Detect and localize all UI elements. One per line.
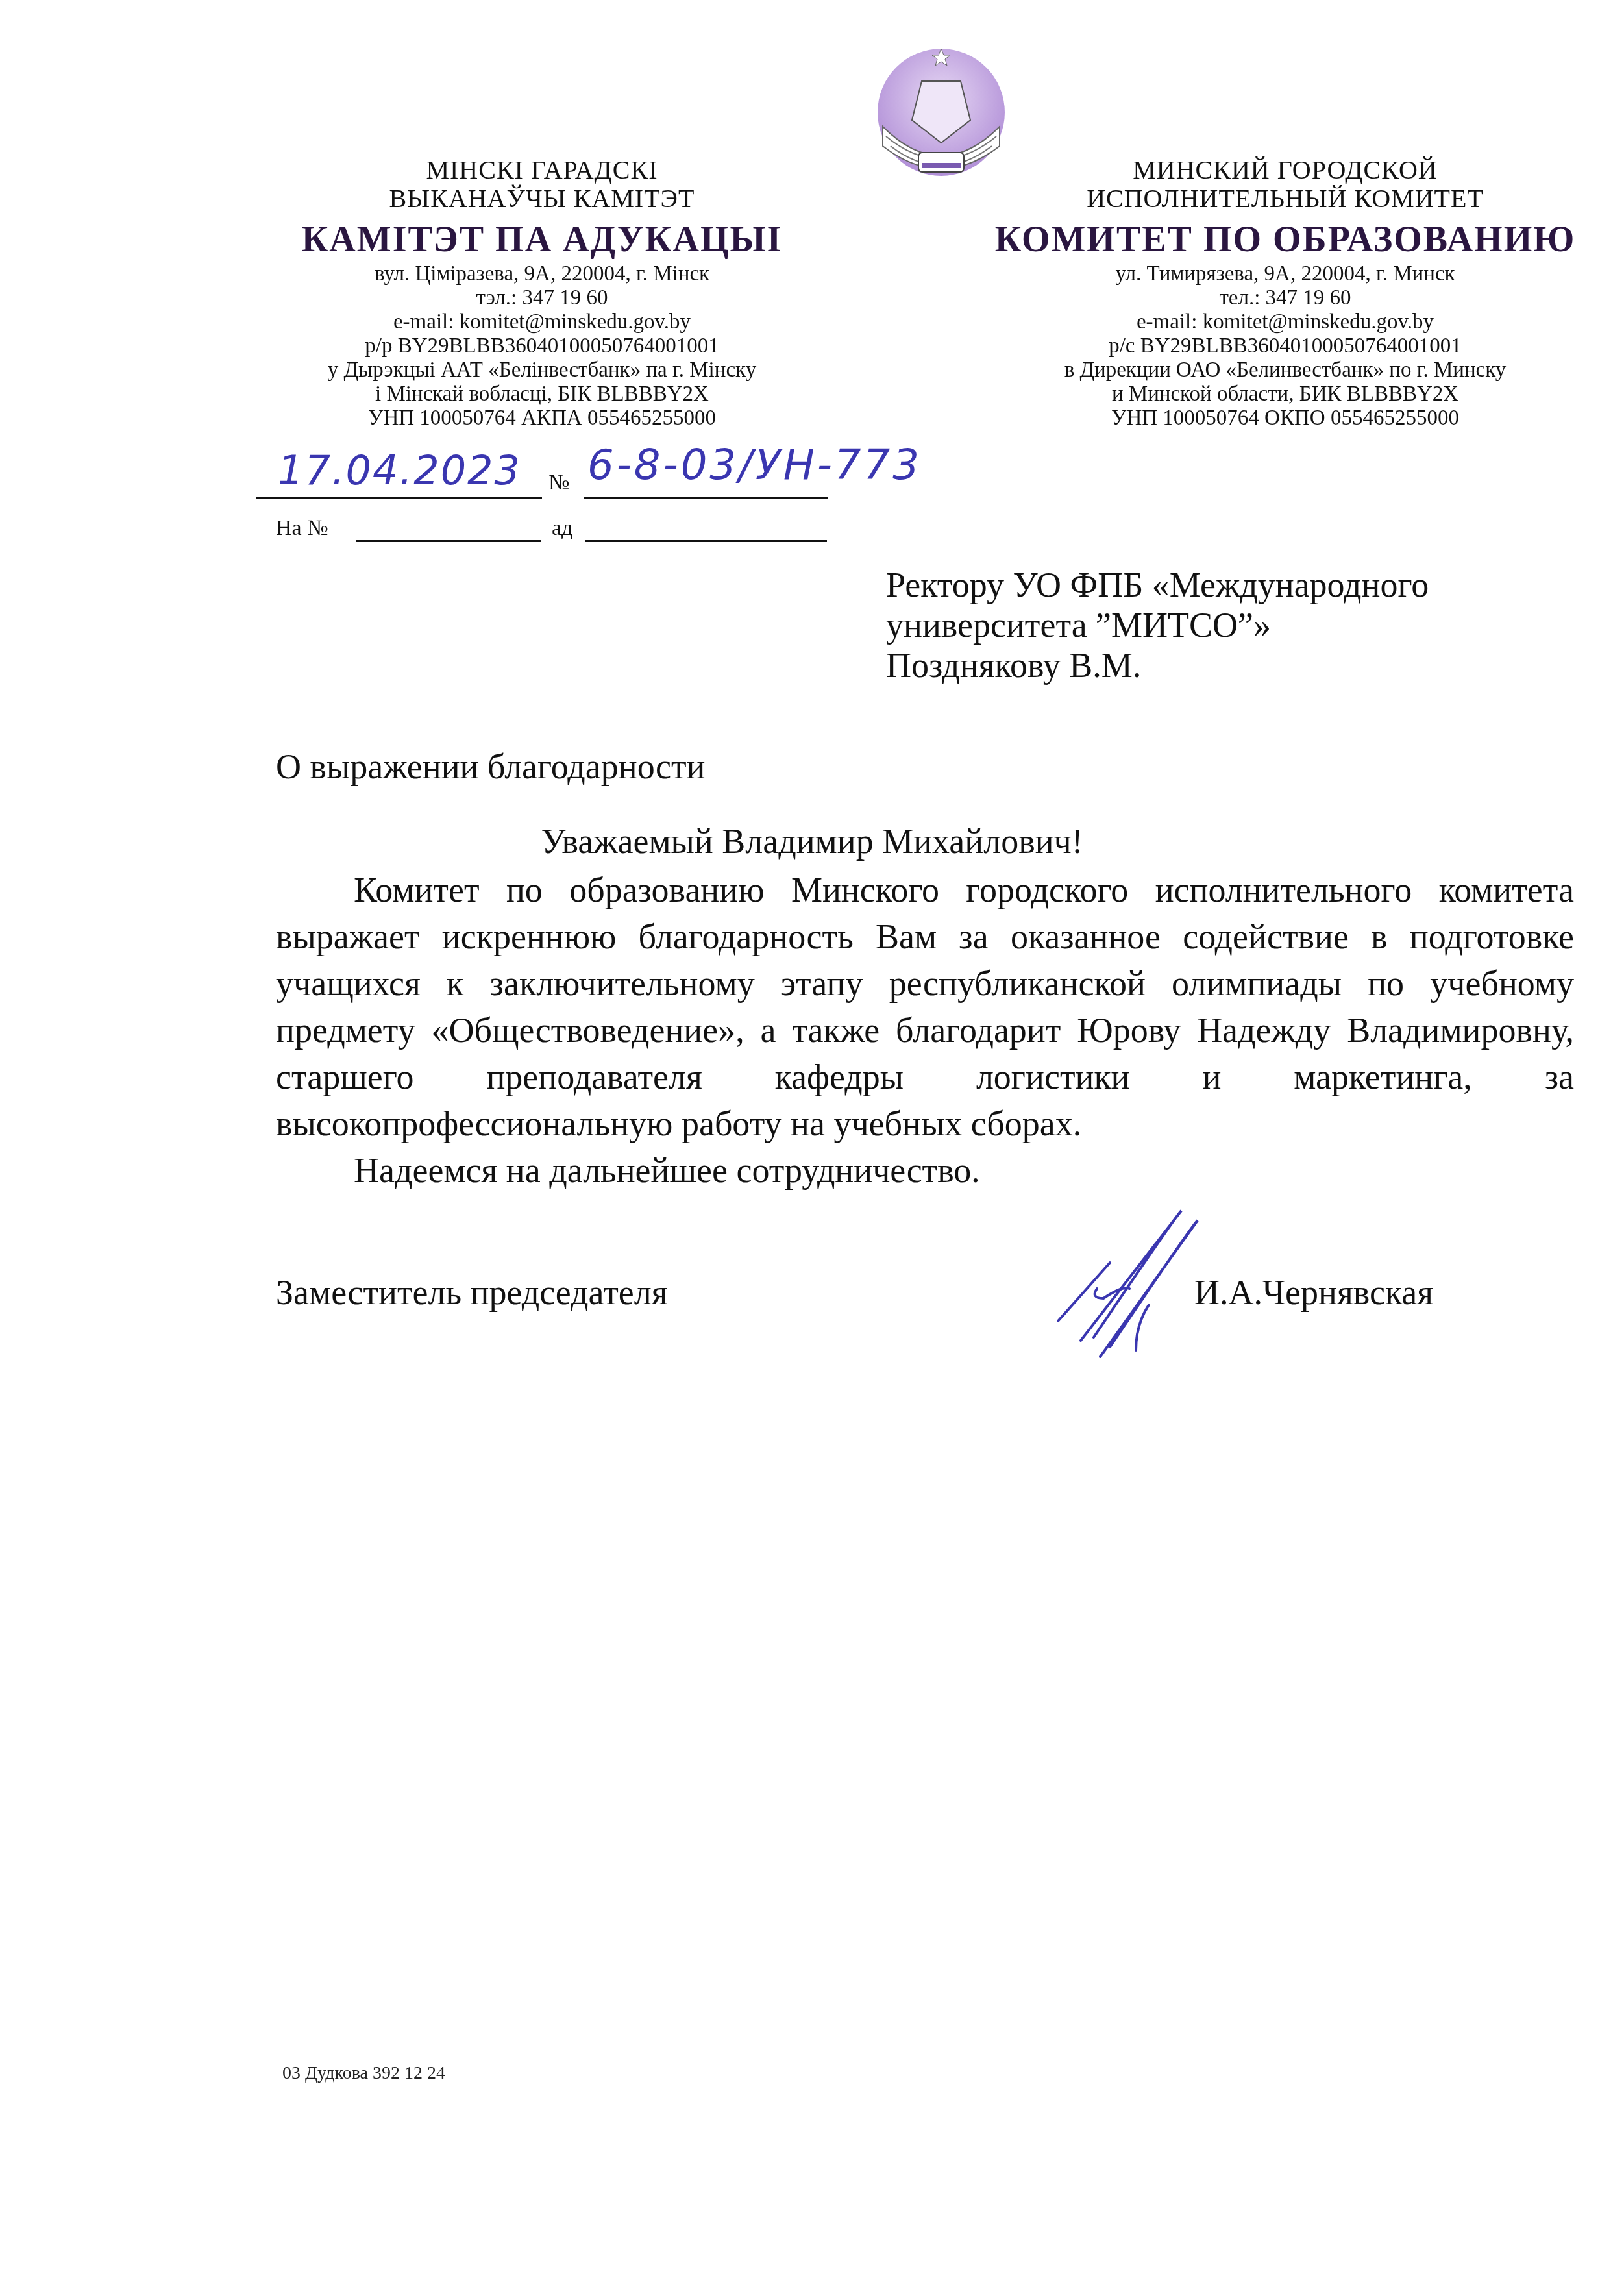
outgoing-number: 6-8-03/УН-773 xyxy=(587,441,922,489)
org-title: КАМІТЭТ ПА АДУКАЦЫІ xyxy=(256,217,828,262)
executor-footer: 03 Дудкова 392 12 24 xyxy=(282,2063,445,2084)
body-paragraph-1: Комитет по образованию Минского городско… xyxy=(276,867,1574,1147)
letterhead-russian: МИНСКИЙ ГОРОДСКОЙ ИСПОЛНИТЕЛЬНЫЙ КОМИТЕТ… xyxy=(987,156,1584,430)
org-email: e-mail: komitet@minskedu.gov.by xyxy=(256,310,828,334)
number-label: № xyxy=(548,471,569,495)
outgoing-date: 17.04.2023 xyxy=(278,447,521,494)
recipient-line-1: Ректору УО ФПБ «Международного xyxy=(886,565,1429,605)
org-address: вул. Ціміразева, 9А, 220004, г. Мінск xyxy=(256,262,828,286)
number-underline xyxy=(584,497,828,499)
org-ids: УНП 100050764 АКПА 055465255000 xyxy=(256,406,828,430)
letter-body: Комитет по образованию Минского городско… xyxy=(276,867,1574,1194)
org-bank-line-2: и Минской области, БИК BLBBBY2X xyxy=(987,382,1584,406)
letter-subject: О выражении благодарности xyxy=(276,747,705,787)
body-paragraph-2: Надеемся на дальнейшее сотрудничество. xyxy=(276,1147,1574,1194)
signer-position: Заместитель председателя xyxy=(276,1272,668,1313)
org-address: ул. Тимирязева, 9А, 220004, г. Минск xyxy=(987,262,1584,286)
org-bank-line-2: і Мінскай вобласці, БІК BLBBBY2X xyxy=(256,382,828,406)
org-ids: УНП 100050764 ОКПО 055465255000 xyxy=(987,406,1584,430)
org-line-1: МИНСКИЙ ГОРОДСКОЙ xyxy=(987,156,1584,184)
date-underline xyxy=(256,497,542,499)
org-account: р/р BY29BLBB36040100050764001001 xyxy=(256,334,828,358)
org-email: e-mail: komitet@minskedu.gov.by xyxy=(987,310,1584,334)
org-account: р/с BY29BLBB36040100050764001001 xyxy=(987,334,1584,358)
org-phone: тел.: 347 19 60 xyxy=(987,286,1584,310)
reply-number-label: На № xyxy=(276,516,328,541)
reply-date-field xyxy=(585,540,827,542)
reply-date-label: ад xyxy=(552,516,572,541)
org-line-2: ИСПОЛНИТЕЛЬНЫЙ КОМИТЕТ xyxy=(987,184,1584,213)
org-phone: тэл.: 347 19 60 xyxy=(256,286,828,310)
org-bank-line-1: у Дырэкцыі ААТ «Белінвестбанк» па г. Мін… xyxy=(256,358,828,382)
reply-number-field xyxy=(356,540,541,542)
signer-name: И.А.Чернявская xyxy=(1194,1272,1433,1313)
recipient-block: Ректору УО ФПБ «Международного университ… xyxy=(886,565,1429,686)
letterhead-belarusian: МІНСКІ ГАРАДСКІ ВЫКАНАЎЧЫ КАМІТЭТ КАМІТЭ… xyxy=(256,156,828,430)
letter-greeting: Уважаемый Владимир Михайлович! xyxy=(0,821,1624,861)
recipient-line-3: Позднякову В.М. xyxy=(886,645,1429,686)
org-line-1: МІНСКІ ГАРАДСКІ xyxy=(256,156,828,184)
org-bank-line-1: в Дирекции ОАО «Белинвестбанк» по г. Мин… xyxy=(987,358,1584,382)
org-line-2: ВЫКАНАЎЧЫ КАМІТЭТ xyxy=(256,184,828,213)
recipient-line-2: университета ”МИТСО”» xyxy=(886,605,1429,645)
org-title: КОМИТЕТ ПО ОБРАЗОВАНИЮ xyxy=(987,217,1584,262)
